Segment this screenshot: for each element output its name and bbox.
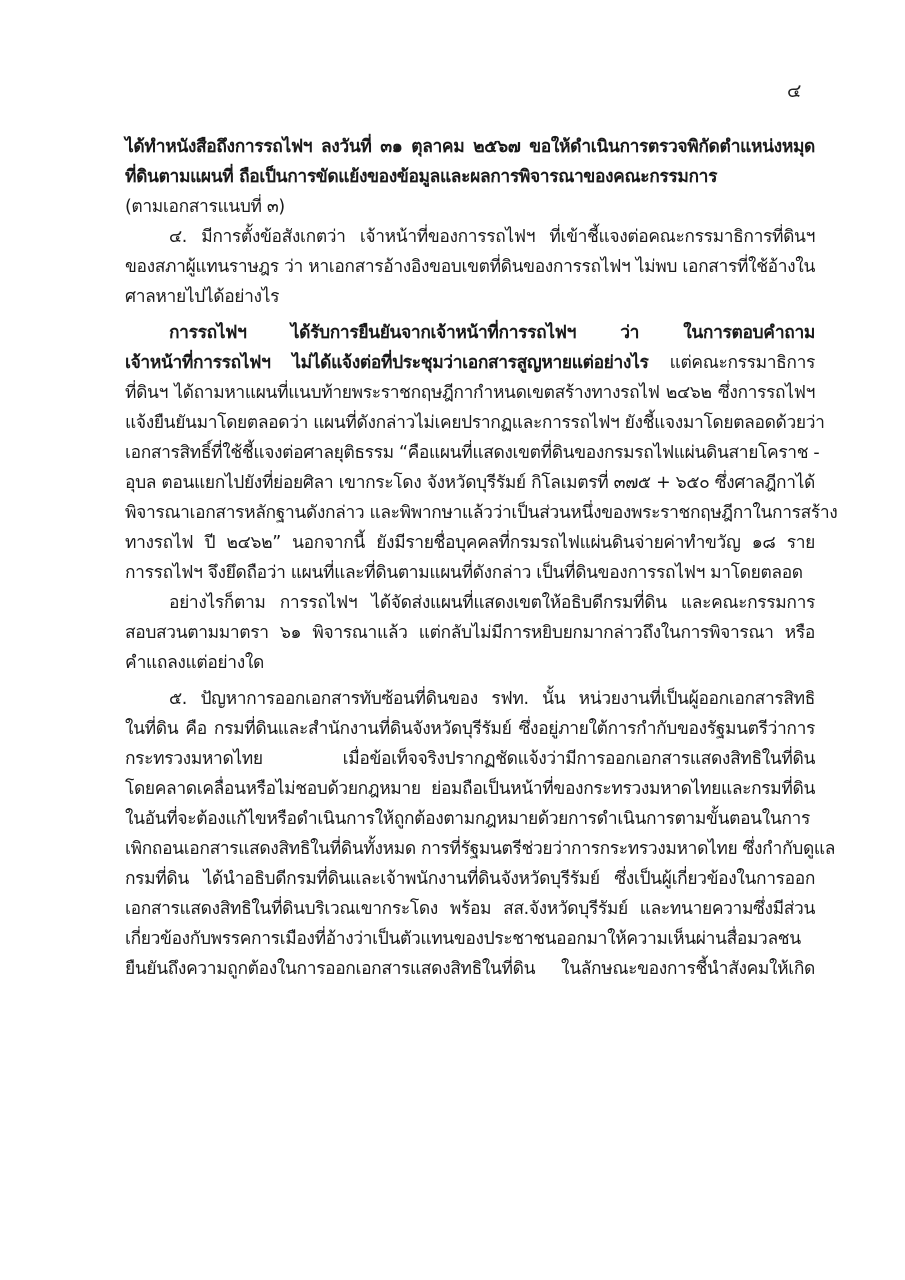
body-text: เอกสารสิทธิ์ที่ใช้ชี้แจงต่อศาลยุติธรรม “… bbox=[125, 443, 819, 463]
text-line: เอกสารแสดงสิทธิในที่ดินบริเวณเขากระโดง พ… bbox=[125, 894, 815, 924]
body-text: ของสภาผู้แทนราษฎร ว่า หาเอกสารอ้างอิงขอบ… bbox=[125, 257, 815, 277]
paragraph-item-3-continuation: ได้ทำหนังสือถึงการรถไฟฯ ลงวันที่ ๓๑ ตุลา… bbox=[125, 132, 815, 222]
bold-text: ได้ทำหนังสือถึงการรถไฟฯ ลงวันที่ ๓๑ ตุลา… bbox=[125, 137, 815, 157]
body-text: การรถไฟฯ จึงยึดถือว่า แผนที่และที่ดินตาม… bbox=[125, 563, 803, 583]
body-text: ๔. มีการตั้งข้อสังเกตว่า เจ้าหน้าที่ของก… bbox=[169, 227, 815, 247]
body-text: ๕. ปัญหาการออกเอกสารทับซ้อนที่ดินของ รฟท… bbox=[169, 689, 815, 709]
text-line: ในที่ดิน คือ กรมที่ดินและสำนักงานที่ดินจ… bbox=[125, 714, 815, 744]
text-line: การรถไฟฯ ได้รับการยืนยันจากเจ้าหน้าที่กา… bbox=[125, 318, 815, 348]
text-line: กรมที่ดิน ได้นำอธิบดีกรมที่ดินและเจ้าพนั… bbox=[125, 864, 815, 894]
text-line: พิจารณาเอกสารหลักฐานดังกล่าว และพิพากษาแ… bbox=[125, 498, 815, 528]
text-line: ที่ดินตามแผนที่ ถือเป็นการขัดแย้งของข้อม… bbox=[125, 162, 815, 192]
bold-text: การรถไฟฯ ได้รับการยืนยันจากเจ้าหน้าที่กา… bbox=[169, 323, 815, 343]
text-line: คำแถลงแต่อย่างใด bbox=[125, 648, 815, 678]
text-line: เอกสารสิทธิ์ที่ใช้ชี้แจงต่อศาลยุติธรรม “… bbox=[125, 438, 815, 468]
text-line: ๕. ปัญหาการออกเอกสารทับซ้อนที่ดินของ รฟท… bbox=[125, 684, 815, 714]
text-line: ๔. มีการตั้งข้อสังเกตว่า เจ้าหน้าที่ของก… bbox=[125, 222, 815, 252]
body-text: เพิกถอนเอกสารแสดงสิทธิในที่ดินทั้งหมด กา… bbox=[125, 839, 835, 859]
body-text: โดยคลาดเคลื่อนหรือไม่ชอบด้วยกฎหมาย ย่อมถ… bbox=[125, 779, 815, 799]
body-text: กระทรวงมหาดไทย เมื่อข้อเท็จจริงปรากฏชัดแ… bbox=[125, 749, 815, 769]
body-text: ทางรถไฟ ปี ๒๔๖๒” นอกจากนี้ ยังมีรายชื่อบ… bbox=[125, 533, 815, 553]
text-line: การรถไฟฯ จึงยึดถือว่า แผนที่และที่ดินตาม… bbox=[125, 558, 815, 588]
text-line: กระทรวงมหาดไทย เมื่อข้อเท็จจริงปรากฏชัดแ… bbox=[125, 744, 815, 774]
body-text: คำแถลงแต่อย่างใด bbox=[125, 653, 264, 673]
body-text: ที่ดินฯ ได้ถามหาแผนที่แนบท้ายพระราชกฤษฎี… bbox=[125, 383, 815, 403]
bold-text: ที่ดินตามแผนที่ ถือเป็นการขัดแย้งของข้อม… bbox=[125, 167, 717, 187]
text-line: ทางรถไฟ ปี ๒๔๖๒” นอกจากนี้ ยังมีรายชื่อบ… bbox=[125, 528, 815, 558]
text-line: ศาลหายไปได้อย่างไร bbox=[125, 282, 815, 312]
text-line: อุบล ตอนแยกไปยังที่ย่อยศิลา เขากระโดง จั… bbox=[125, 468, 815, 498]
text-line: ได้ทำหนังสือถึงการรถไฟฯ ลงวันที่ ๓๑ ตุลา… bbox=[125, 132, 815, 162]
body-text: ในที่ดิน คือ กรมที่ดินและสำนักงานที่ดินจ… bbox=[125, 719, 815, 739]
paragraph-item-5: ๕. ปัญหาการออกเอกสารทับซ้อนที่ดินของ รฟท… bbox=[125, 684, 815, 984]
paragraph-however: อย่างไรก็ตาม การรถไฟฯ ได้จัดส่งแผนที่แสด… bbox=[125, 588, 815, 678]
body-text: (ตามเอกสารแนบที่ ๓) bbox=[125, 197, 285, 217]
text-line: ที่ดินฯ ได้ถามหาแผนที่แนบท้ายพระราชกฤษฎี… bbox=[125, 378, 815, 408]
text-line: อย่างไรก็ตาม การรถไฟฯ ได้จัดส่งแผนที่แสด… bbox=[125, 588, 815, 618]
body-text: อุบล ตอนแยกไปยังที่ย่อยศิลา เขากระโดง จั… bbox=[125, 473, 815, 493]
paragraph-item-4: ๔. มีการตั้งข้อสังเกตว่า เจ้าหน้าที่ของก… bbox=[125, 222, 815, 312]
text-line: ยืนยันถึงความถูกต้องในการออกเอกสารแสดงสิ… bbox=[125, 954, 815, 984]
text-line: แจ้งยืนยันมาโดยตลอดว่า แผนที่ดังกล่าวไม่… bbox=[125, 408, 815, 438]
text-line: ในอันที่จะต้องแก้ไขหรือดำเนินการให้ถูกต้… bbox=[125, 804, 815, 834]
bold-text: เจ้าหน้าที่การรถไฟฯ ไม่ได้แจ้งต่อที่ประช… bbox=[125, 353, 648, 373]
text-line: โดยคลาดเคลื่อนหรือไม่ชอบด้วยกฎหมาย ย่อมถ… bbox=[125, 774, 815, 804]
body-text: ศาลหายไปได้อย่างไร bbox=[125, 287, 279, 307]
body-text: อย่างไรก็ตาม การรถไฟฯ ได้จัดส่งแผนที่แสด… bbox=[169, 593, 815, 613]
page-number: ๔ bbox=[787, 76, 801, 106]
body-text: แจ้งยืนยันมาโดยตลอดว่า แผนที่ดังกล่าวไม่… bbox=[125, 413, 825, 433]
body-text: แต่คณะกรรมาธิการ bbox=[648, 353, 815, 373]
text-line: เกี่ยวข้องกับพรรคการเมืองที่อ้างว่าเป็นต… bbox=[125, 924, 815, 954]
body-text: เอกสารแสดงสิทธิในที่ดินบริเวณเขากระโดง พ… bbox=[125, 899, 815, 919]
body-text: เกี่ยวข้องกับพรรคการเมืองที่อ้างว่าเป็นต… bbox=[125, 929, 801, 949]
text-line: (ตามเอกสารแนบที่ ๓) bbox=[125, 192, 815, 222]
text-line: สอบสวนตามมาตรา ๖๑ พิจารณาแล้ว แต่กลับไม่… bbox=[125, 618, 815, 648]
body-text: กรมที่ดิน ได้นำอธิบดีกรมที่ดินและเจ้าพนั… bbox=[125, 869, 815, 889]
text-line: เจ้าหน้าที่การรถไฟฯ ไม่ได้แจ้งต่อที่ประช… bbox=[125, 348, 815, 378]
paragraph-item-4-response: การรถไฟฯ ได้รับการยืนยันจากเจ้าหน้าที่กา… bbox=[125, 318, 815, 588]
text-line: เพิกถอนเอกสารแสดงสิทธิในที่ดินทั้งหมด กา… bbox=[125, 834, 815, 864]
text-line: ของสภาผู้แทนราษฎร ว่า หาเอกสารอ้างอิงขอบ… bbox=[125, 252, 815, 282]
body-text: ในอันที่จะต้องแก้ไขหรือดำเนินการให้ถูกต้… bbox=[125, 809, 810, 829]
body-text: พิจารณาเอกสารหลักฐานดังกล่าว และพิพากษาแ… bbox=[125, 503, 837, 523]
body-text: สอบสวนตามมาตรา ๖๑ พิจารณาแล้ว แต่กลับไม่… bbox=[125, 623, 815, 643]
document-body: ได้ทำหนังสือถึงการรถไฟฯ ลงวันที่ ๓๑ ตุลา… bbox=[125, 132, 815, 984]
body-text: ยืนยันถึงความถูกต้องในการออกเอกสารแสดงสิ… bbox=[125, 959, 815, 979]
